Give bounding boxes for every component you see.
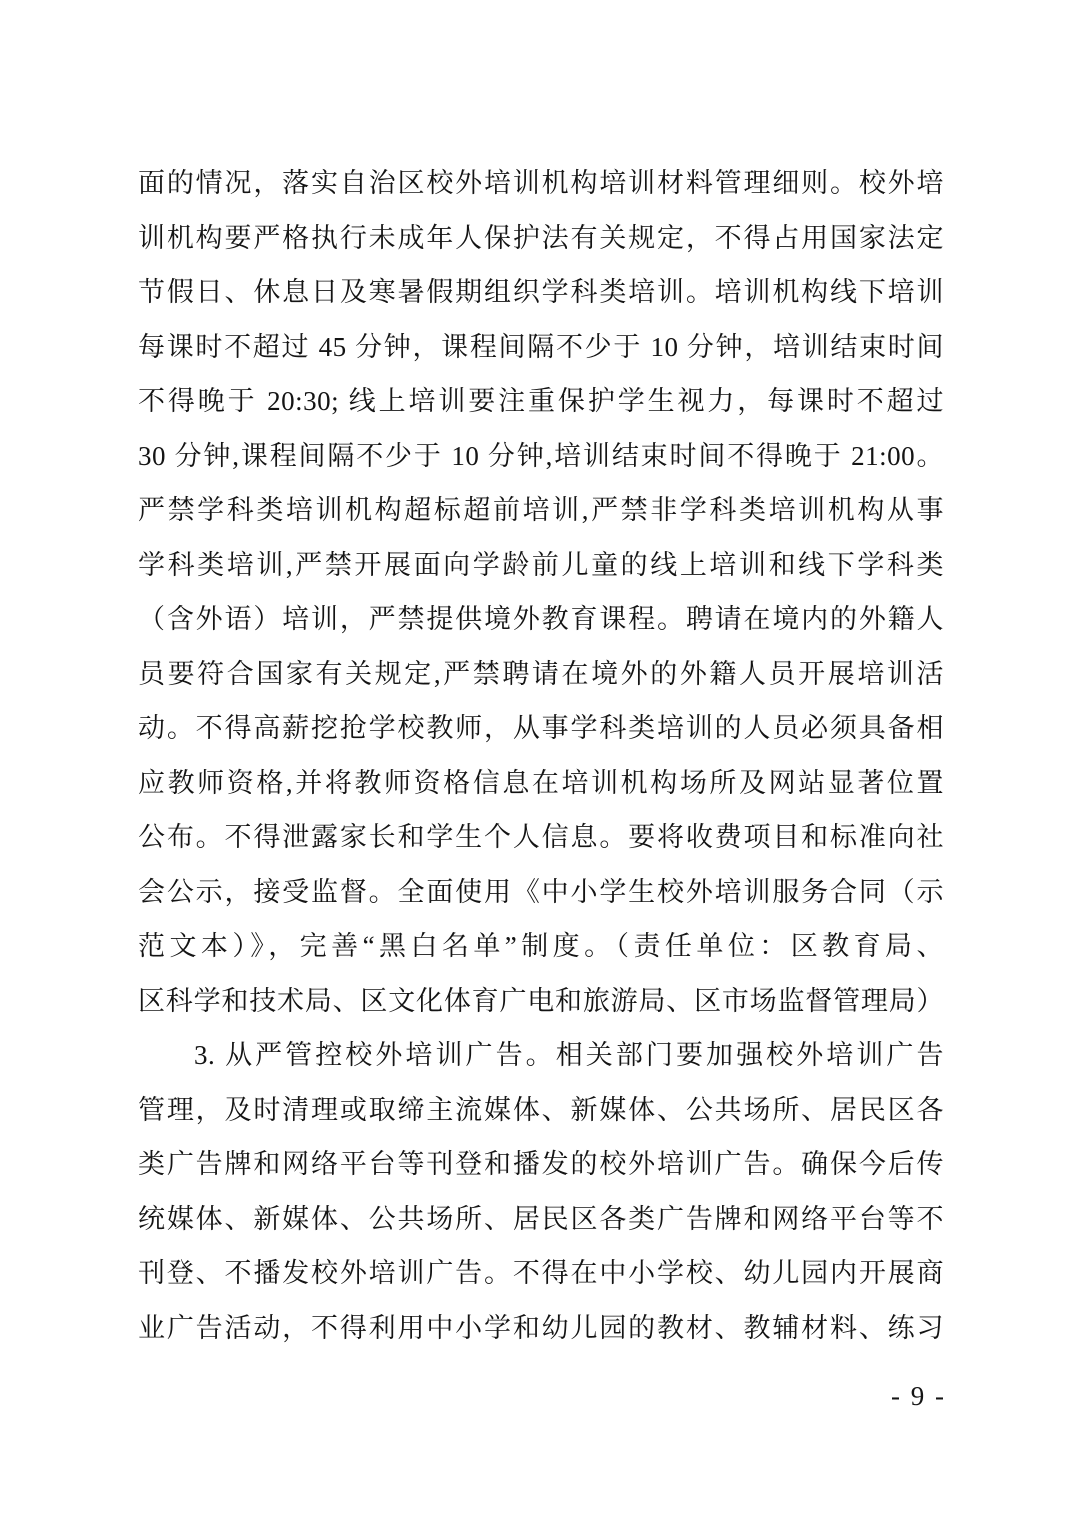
text-line: 类广告牌和网络平台等刊登和播发的校外培训广告。确保今后传 bbox=[138, 1137, 944, 1192]
text-line: 会公示，接受监督。全面使用《中小学生校外培训服务合同（示 bbox=[138, 865, 944, 920]
text-line: 管理，及时清理或取缔主流媒体、新媒体、公共场所、居民区各 bbox=[138, 1083, 944, 1138]
text-line: 区科学和技术局、区文化体育广电和旅游局、区市场监督管理局） bbox=[138, 974, 944, 1029]
page-number: - 9 - bbox=[891, 1378, 946, 1414]
text-line: 学科类培训,严禁开展面向学龄前儿童的线上培训和线下学科类 bbox=[138, 538, 944, 593]
text-line: （含外语）培训，严禁提供境外教育课程。聘请在境内的外籍人 bbox=[138, 592, 944, 647]
text-line: 统媒体、新媒体、公共场所、居民区各类广告牌和网络平台等不 bbox=[138, 1192, 944, 1247]
text-line: 范文本）》，完善“黑白名单”制度。（责任单位：区教育局、 bbox=[138, 919, 944, 974]
document-page: 面的情况，落实自治区校外培训机构培训材料管理细则。校外培 训机构要严格执行未成年… bbox=[0, 0, 1074, 1520]
text-line: 员要符合国家有关规定,严禁聘请在境外的外籍人员开展培训活 bbox=[138, 647, 944, 702]
text-line: 面的情况，落实自治区校外培训机构培训材料管理细则。校外培 bbox=[138, 156, 944, 211]
text-line: 应教师资格,并将教师资格信息在培训机构场所及网站显著位置 bbox=[138, 756, 944, 811]
text-line: 不得晚于 20:30; 线上培训要注重保护学生视力，每课时不超过 bbox=[138, 374, 944, 429]
text-line: 公布。不得泄露家长和学生个人信息。要将收费项目和标准向社 bbox=[138, 810, 944, 865]
text-line: 训机构要严格执行未成年人保护法有关规定，不得占用国家法定 bbox=[138, 211, 944, 266]
text-line: 刊登、不播发校外培训广告。不得在中小学校、幼儿园内开展商 bbox=[138, 1246, 944, 1301]
text-line: 30 分钟,课程间隔不少于 10 分钟,培训结束时间不得晚于 21:00。 bbox=[138, 429, 944, 484]
text-line: 每课时不超过 45 分钟，课程间隔不少于 10 分钟，培训结束时间 bbox=[138, 320, 944, 375]
document-body-text: 面的情况，落实自治区校外培训机构培训材料管理细则。校外培 训机构要严格执行未成年… bbox=[138, 156, 944, 1355]
text-line: 节假日、休息日及寒暑假期组织学科类培训。培训机构线下培训 bbox=[138, 265, 944, 320]
text-line: 严禁学科类培训机构超标超前培训,严禁非学科类培训机构从事 bbox=[138, 483, 944, 538]
text-line: 业广告活动，不得利用中小学和幼儿园的教材、教辅材料、练习 bbox=[138, 1301, 944, 1356]
text-line-paragraph-3-start: 3. 从严管控校外培训广告。相关部门要加强校外培训广告 bbox=[138, 1028, 944, 1083]
text-line: 动。不得高薪挖抢学校教师，从事学科类培训的人员必须具备相 bbox=[138, 701, 944, 756]
